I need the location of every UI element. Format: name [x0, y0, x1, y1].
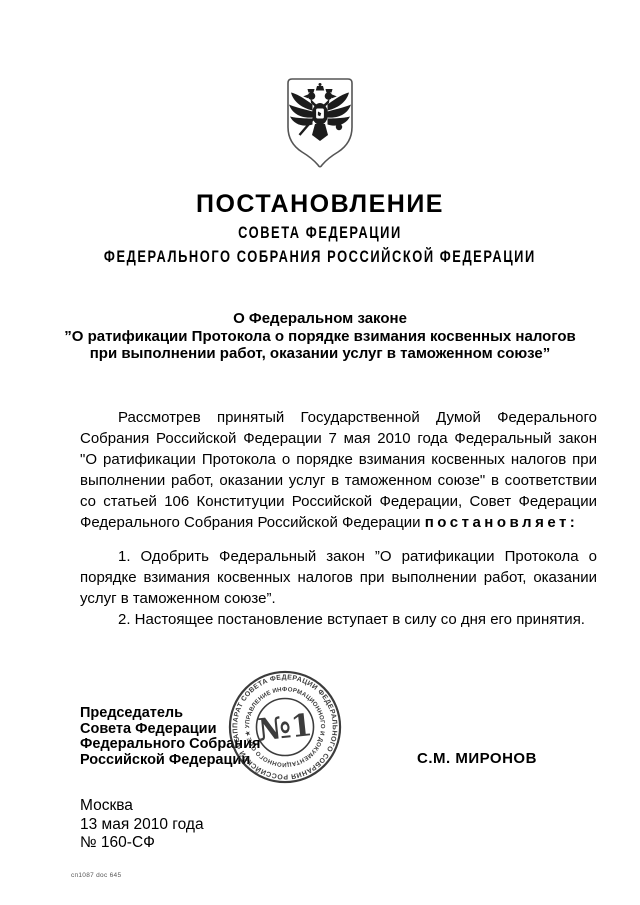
document-file-code: сп1087 doc 645 [71, 872, 121, 879]
document-body: Рассмотрев принятый Государственной Думо… [80, 407, 597, 630]
russian-coat-of-arms-icon [284, 77, 356, 169]
subject-line-3: при выполнении работ, оказании услуг в т… [30, 345, 610, 363]
document-title: ПОСТАНОВЛЕНИЕ [0, 190, 640, 219]
document-page: ПОСТАНОВЛЕНИЕ СОВЕТА ФЕДЕРАЦИИ ФЕДЕРАЛЬН… [0, 0, 640, 905]
resolution-item-2: 2. Настоящее постановление вступает в си… [80, 609, 597, 630]
official-round-stamp: АППАРАТ СОВЕТА ФЕДЕРАЦИИ ФЕДЕРАЛЬНОГО СО… [226, 668, 344, 786]
issuance-city: Москва [80, 797, 204, 816]
document-subtitle-assembly: ФЕДЕРАЛЬНОГО СОБРАНИЯ РОССИЙСКОЙ ФЕДЕРАЦ… [0, 248, 640, 267]
document-subtitle-council: СОВЕТА ФЕДЕРАЦИИ [0, 224, 640, 243]
resolution-item-1: 1. Одобрить Федеральный закон ”О ратифик… [80, 546, 597, 609]
resolves-keyword: постановляет: [425, 514, 579, 531]
subject-line-2: ”О ратификации Протокола о порядке взима… [30, 328, 610, 346]
signatory-name: С.М. МИРОНОВ [417, 750, 537, 767]
stamp-number: №1 [256, 707, 314, 748]
subject-line-1: О Федеральном законе [30, 310, 610, 328]
preamble-paragraph: Рассмотрев принятый Государственной Думо… [80, 407, 597, 533]
document-number: № 160-СФ [80, 834, 204, 853]
issuance-date: 13 мая 2010 года [80, 816, 204, 835]
issuance-block: Москва 13 мая 2010 года № 160-СФ [80, 797, 204, 853]
document-subject: О Федеральном законе ”О ратификации Прот… [30, 310, 610, 363]
